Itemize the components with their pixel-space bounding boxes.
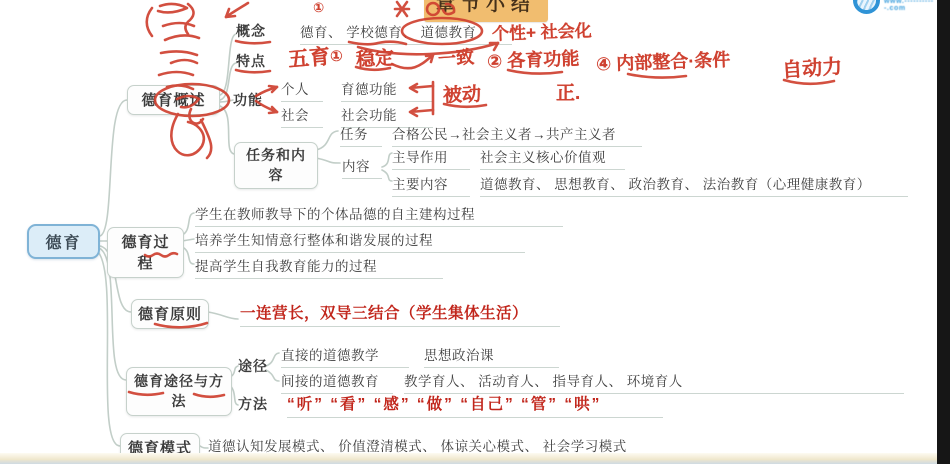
leaf-concept-items: 德育、 学校德育、 道德教育 <box>300 21 512 45</box>
handwriting-personality: 个性+ 社会化 <box>492 16 592 44</box>
leaf-task-value: 合格公民→社会主义者→共产主义者 <box>392 123 642 147</box>
label-method: 方法 <box>238 394 268 414</box>
leaf-indirect-value: 教学育人、 活动育人、 指导育人、 环境育人 <box>404 370 904 394</box>
underline-concept <box>236 41 270 43</box>
video-letterbox-right <box>937 0 950 464</box>
leaf-process-2: 培养学生知情意行整体和谐发展的过程 <box>195 229 525 253</box>
label-features: 特点 <box>236 51 266 71</box>
node-overview: 德育概述 <box>127 85 220 115</box>
leaf-individual: 个人 <box>281 78 323 102</box>
handwriting-each-func: ② 各育功能 <box>487 44 580 73</box>
handwriting-self-drive: 自动力 <box>781 50 843 83</box>
chapter-banner-label: 章节小结 <box>436 0 536 15</box>
leaf-indirect-label: 间接的道德教育 <box>281 370 393 394</box>
leaf-individual-value: 育德功能 <box>341 78 433 102</box>
node-root: 德育 <box>27 224 100 259</box>
label-leading: 主导作用 <box>392 146 470 170</box>
handwriting-five-edu: 五育 <box>287 40 331 74</box>
label-content: 内容 <box>342 155 382 179</box>
site-logo-icon <box>853 0 880 14</box>
handwriting-circled-one: ① <box>330 47 343 65</box>
leaf-main-content-value: 道德教育、 思想教育、 政治教育、 法治教育（心理健康教育） <box>480 173 908 197</box>
label-functions: 功能 <box>233 90 263 110</box>
leaf-direct-label: 直接的道德教学 <box>281 344 409 368</box>
page-bottom-edge <box>0 453 937 460</box>
label-task: 任务 <box>340 123 382 147</box>
handwriting-passive: 被动 <box>443 79 482 107</box>
handwriting-stable: 稳定 <box>355 43 394 72</box>
leaf-process-3: 提高学生自我教育能力的过程 <box>195 255 443 279</box>
node-approaches: 德育途径与方法 <box>126 367 232 416</box>
handwriting-consistent: 一致 <box>437 43 475 71</box>
arrow-to-column <box>226 3 248 17</box>
leaf-method-value: “听” “看” “感” “做” “自己” “管” “哄” <box>287 392 663 418</box>
label-way: 途径 <box>238 356 268 376</box>
swoosh-features <box>392 55 433 68</box>
leaf-leading-value: 社会主义核心价值观 <box>480 146 625 170</box>
leaf-direct-value: 思想政治课 <box>424 344 559 368</box>
node-principles: 德育原则 <box>131 299 209 329</box>
label-main-content: 主要内容 <box>392 173 470 197</box>
handwriting-internal: ④ 内部整合·条件 <box>596 46 731 77</box>
scribble-near-banner <box>395 2 409 16</box>
node-tasks-content: 任务和内容 <box>234 142 318 189</box>
leaf-society: 社会 <box>281 104 323 128</box>
handwriting-positive: 正. <box>556 78 580 105</box>
page-bottom-shadow <box>0 460 937 464</box>
handwriting-circled-one-top: ① <box>313 0 324 16</box>
node-process: 德育过程 <box>107 227 184 278</box>
label-concept: 概念 <box>236 21 266 41</box>
leaf-process-1: 学生在教师教导下的个体品德的自主建构过程 <box>195 203 563 227</box>
leaf-principles-mnemonic: 一连营长，双导三结合（学生集体生活） <box>240 301 560 327</box>
